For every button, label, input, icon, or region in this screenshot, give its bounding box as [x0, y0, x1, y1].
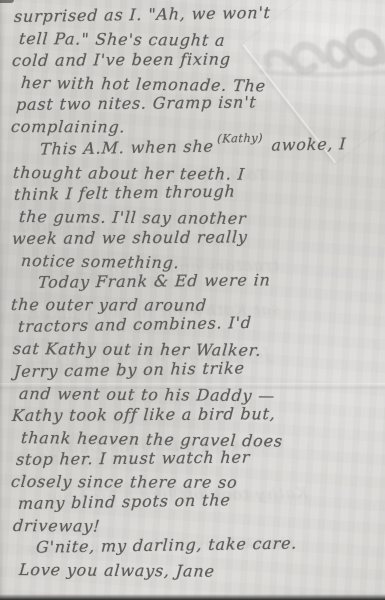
handwritten-line: past two nites. Gramp isn't [15, 91, 379, 117]
letter-page: Today Frank & Ed were inthe outer yard a… [0, 0, 385, 600]
handwritten-line: G'nite, my darling, take care. [13, 532, 379, 560]
handwritten-line: tractors and combines. I'd [17, 310, 379, 338]
line-text-post: awoke, I [265, 134, 347, 154]
handwritten-line: think I felt them through [13, 178, 379, 206]
handwritten-line: stop her. I must watch her [15, 445, 379, 471]
handwritten-line: Kathy took off like a bird but, [11, 402, 379, 427]
handwritten-line: surprised as I. "Ah, we won't [13, 0, 379, 28]
interlinear-insertion: (Kathy) [217, 130, 263, 145]
page-edge-bottom [0, 594, 385, 600]
handwritten-line: cold and I've been fixing [11, 48, 379, 73]
line-text-pre: This A.M. when she [40, 136, 215, 158]
handwritten-line: Today Frank & Ed were in [15, 268, 379, 294]
handwritten-line: week and we should really [11, 225, 379, 250]
handwritten-line: Love you always, Jane [18, 559, 380, 584]
letter-body: surprised as I. "Ah, we won'ttell Pa." S… [0, 2, 385, 581]
